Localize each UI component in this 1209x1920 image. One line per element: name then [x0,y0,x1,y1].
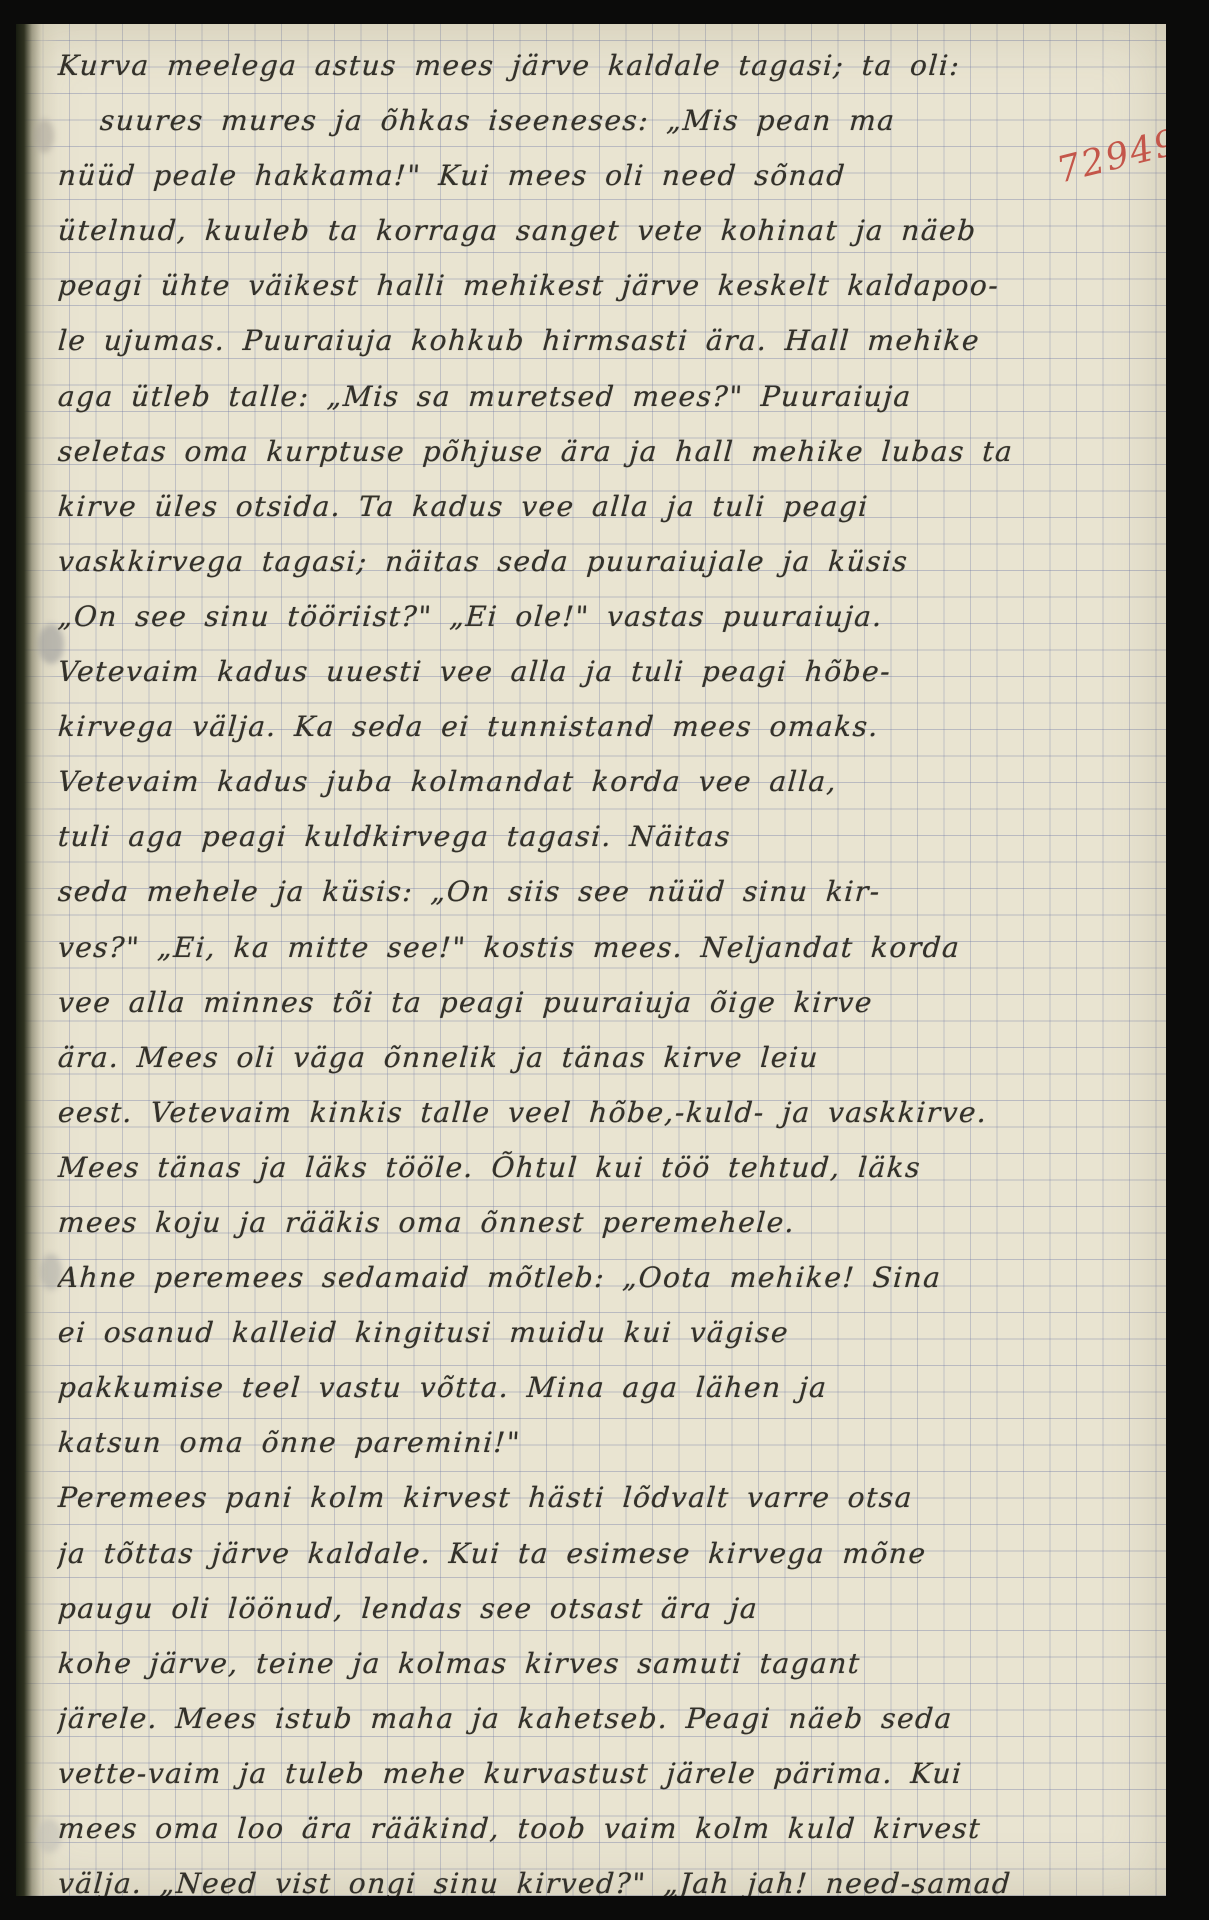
text-line: ära. Mees oli väga õnnelik ja tänas kirv… [56,1030,1145,1085]
text-line: paugu oli löönud, lendas see otsast ära … [56,1581,1145,1636]
binding-smudge [34,119,54,153]
text-line: mees koju ja rääkis oma õnnest peremehel… [56,1195,1145,1250]
text-line: aga ütleb talle: „Mis sa muretsed mees?"… [56,369,1145,424]
manuscript-page: Kurva meelega astus mees järve kaldale t… [16,24,1166,1896]
text-line: vee alla minnes tõi ta peagi puuraiuja õ… [56,975,1145,1030]
text-line: Vetevaim kadus juba kolmandat korda vee … [56,754,1145,809]
text-line: nüüd peale hakkama!" Kui mees oli need s… [56,148,1145,203]
text-line: kirve üles otsida. Ta kadus vee alla ja … [56,479,1145,534]
scan-mat-top [0,0,1209,24]
text-line: kohe järve, teine ja kolmas kirves samut… [56,1636,1145,1691]
scan-mat-bottom [0,1896,1209,1920]
text-line: peagi ühte väikest halli mehikest järve … [56,258,1145,313]
text-line: suures mures ja õhkas iseeneses: „Mis pe… [56,93,1145,148]
text-line: vaskkirvega tagasi; näitas seda puuraiuj… [56,534,1145,589]
text-line: Mees tänas ja läks tööle. Õhtul kui töö … [56,1140,1145,1195]
text-line: tuli aga peagi kuldkirvega tagasi. Näita… [56,809,1145,864]
text-line: vette-vaim ja tuleb mehe kurvastust järe… [56,1746,1145,1801]
text-line: Vetevaim kadus uuesti vee alla ja tuli p… [56,644,1145,699]
text-lines: Kurva meelega astus mees järve kaldale t… [58,32,1143,1911]
text-line: ja tõttas järve kaldale. Kui ta esimese … [56,1526,1145,1581]
text-line: pakkumise teel vastu võtta. Mina aga läh… [56,1360,1145,1415]
text-line: ei osanud kalleid kingitusi muidu kui vä… [56,1305,1145,1360]
text-line: le ujumas. Puuraiuja kohkub hirmsasti är… [56,313,1145,368]
text-line: Ahne peremees sedamaid mõtleb: „Oota meh… [56,1250,1145,1305]
text-line: „On see sinu tööriist?" „Ei ole!" vastas… [56,589,1145,644]
text-line: seda mehele ja küsis: „On siis see nüüd … [56,864,1145,919]
scan-mat-left [0,0,16,1920]
text-line: eest. Vetevaim kinkis talle veel hõbe,-k… [56,1085,1145,1140]
text-line: ves?" „Ei, ka mitte see!" kostis mees. N… [56,920,1145,975]
text-line: katsun oma õnne paremini!" [56,1415,1145,1470]
scan-mat-right [1166,0,1209,1920]
text-line: Peremees pani kolm kirvest hästi lõdvalt… [56,1470,1145,1525]
text-line: mees oma loo ära rääkind, toob vaim kolm… [56,1801,1145,1856]
text-line: järele. Mees istub maha ja kahetseb. Pea… [56,1691,1145,1746]
text-line: Kurva meelega astus mees järve kaldale t… [56,38,1145,93]
text-line: kirvega välja. Ka seda ei tunnistand mee… [56,699,1145,754]
text-line: seletas oma kurptuse põhjuse ära ja hall… [56,424,1145,479]
text-line: ütelnud, kuuleb ta korraga sanget vete k… [56,203,1145,258]
